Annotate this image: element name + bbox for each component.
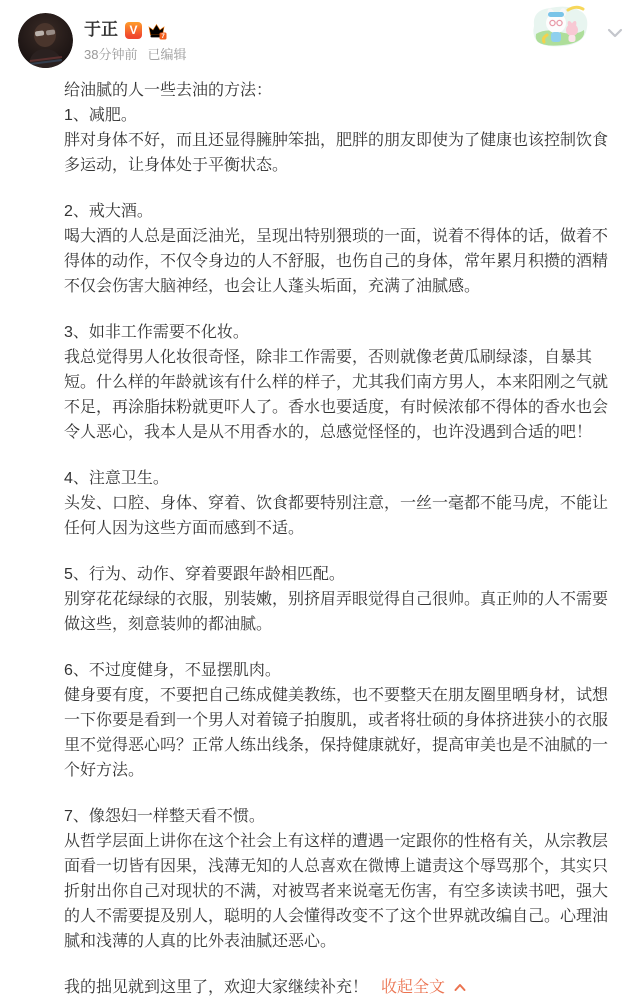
post-intro: 给油腻的人一些去油的方法： <box>64 78 621 103</box>
section-body: 胖对身体不好，而且还显得臃肿笨拙，肥胖的朋友即使为了健康也该控制饮食多运动，让身… <box>64 128 621 178</box>
section-title: 4、注意卫生。 <box>64 466 621 491</box>
post-header: 于正 V 7 38分钟前已编辑 <box>18 13 618 68</box>
section-body: 别穿花花绿绿的衣服，别装嫩，别挤眉弄眼觉得自己很帅。真正帅的人不需要做这些，刻意… <box>64 587 621 637</box>
section-title: 2、戒大酒。 <box>64 199 621 224</box>
author-block: 于正 V 7 38分钟前已编辑 <box>84 13 186 62</box>
post-section: 7、像怨妇一样整天看不惯。 从哲学层面上讲你在这个社会上有这样的遭遇一定跟你的性… <box>64 804 621 954</box>
section-body: 从哲学层面上讲你在这个社会上有这样的遭遇一定跟你的性格有关，从宗教层面看一切皆有… <box>64 829 621 954</box>
section-body: 我总觉得男人化妆很奇怪，除非工作需要，否则就像老黄瓜刷绿漆，自暴其短。什么样的年… <box>64 345 621 445</box>
post-section: 6、不过度健身，不显摆肌肉。 健身要有度，不要把自己练成健美教练，也不要整天在朋… <box>64 658 621 783</box>
post-section: 5、行为、动作、穿着要跟年龄相匹配。 别穿花花绿绿的衣服，别装嫩，别挤眉弄眼觉得… <box>64 562 621 637</box>
post-meta: 38分钟前已编辑 <box>84 47 186 62</box>
section-body: 喝大酒的人总是面泛油光，呈现出特别猥琐的一面，说着不得体的话，做着不得体的动作，… <box>64 224 621 299</box>
post-section: 2、戒大酒。 喝大酒的人总是面泛油光，呈现出特别猥琐的一面，说着不得体的话，做着… <box>64 199 621 299</box>
section-title: 5、行为、动作、穿着要跟年龄相匹配。 <box>64 562 621 587</box>
chevron-up-icon <box>454 983 466 992</box>
collapse-full-text-link[interactable]: 收起全文 <box>381 975 466 1000</box>
author-name[interactable]: 于正 <box>84 20 118 40</box>
chevron-down-icon[interactable] <box>606 26 624 40</box>
section-title: 1、减肥。 <box>64 103 621 128</box>
post-section: 3、如非工作需要不化妆。 我总觉得男人化妆很奇怪，除非工作需要，否则就像老黄瓜刷… <box>64 320 621 445</box>
section-title: 3、如非工作需要不化妆。 <box>64 320 621 345</box>
post-time: 38分钟前 <box>84 47 137 62</box>
collapse-link-label: 收起全文 <box>381 975 445 1000</box>
section-body: 头发、口腔、身体、穿着、饮食都要特别注意，一丝一毫都不能马虎，不能让任何人因为这… <box>64 491 621 541</box>
post-content: 给油腻的人一些去油的方法： 1、减肥。 胖对身体不好，而且还显得臃肿笨拙，肥胖的… <box>64 78 621 1000</box>
section-title: 7、像怨妇一样整天看不惯。 <box>64 804 621 829</box>
post-section: 4、注意卫生。 头发、口腔、身体、穿着、饮食都要特别注意，一丝一毫都不能马虎，不… <box>64 466 621 541</box>
weibo-post-card: 于正 V 7 38分钟前已编辑 <box>0 0 640 1000</box>
avatar-image <box>18 13 73 68</box>
svg-text:7: 7 <box>161 33 165 40</box>
event-sticker <box>526 2 590 50</box>
avatar[interactable] <box>18 13 73 68</box>
post-section: 1、减肥。 胖对身体不好，而且还显得臃肿笨拙，肥胖的朋友即使为了健康也该控制饮食… <box>64 103 621 178</box>
section-title: 6、不过度健身，不显摆肌肉。 <box>64 658 621 683</box>
post-sections: 1、减肥。 胖对身体不好，而且还显得臃肿笨拙，肥胖的朋友即使为了健康也该控制饮食… <box>64 103 621 954</box>
vip-crown-icon: 7 <box>147 23 167 40</box>
edited-label: 已编辑 <box>147 47 186 62</box>
verified-icon: V <box>125 22 142 39</box>
post-closing-line: 我的拙见就到这里了，欢迎大家继续补充！ 收起全文 <box>64 975 621 1000</box>
section-body: 健身要有度，不要把自己练成健美教练，也不要整天在朋友圈里晒身材，试想一下你要是看… <box>64 683 621 783</box>
closing-text: 我的拙见就到这里了，欢迎大家继续补充！ <box>64 975 368 1000</box>
